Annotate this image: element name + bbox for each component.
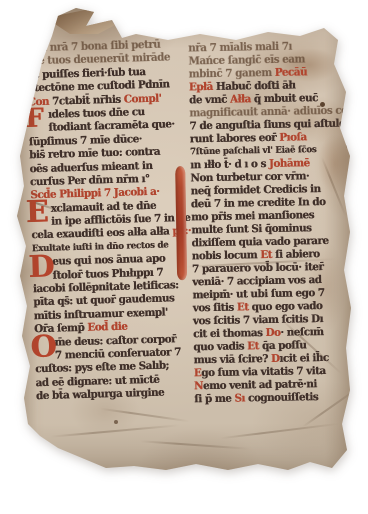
crease-line (140, 440, 250, 449)
text-column-right: nr̄a 7 mīalis mali 7ıMańce ſangic̄ eīs e… (188, 39, 354, 406)
body-text: ſi p̄ me (194, 392, 234, 405)
decorated-initial-I: I (175, 166, 187, 280)
manuscript-photo: a nrā 7 bona ſibi petrūnte tuos deuenerū… (0, 0, 368, 514)
manuscript-text-line: de bt̄a walpurga uirgine (36, 386, 188, 404)
manuscript-leaf: a nrā 7 bona ſibi petrūnte tuos deuenerū… (10, 6, 356, 480)
rubric-text: Ałła (230, 93, 251, 106)
decorated-initial-E: E (25, 197, 49, 228)
body-text: · neſcım̄ (280, 326, 323, 339)
decorated-initial-D: D (28, 252, 55, 283)
rubric-text: Johāmē (269, 157, 310, 170)
rubric-text: Pecāū (275, 66, 307, 79)
rubric-text: Epłā (189, 81, 213, 94)
rubric-text: Et (237, 301, 249, 314)
body-text: 7ctabit̄ nr̄his (52, 93, 124, 107)
parchment-fold-top-left (52, 8, 118, 38)
body-text: q̄ mbuit euc̄ (251, 92, 318, 106)
ink-spot (346, 142, 354, 149)
rubric-text: Do (265, 326, 280, 339)
body-text: de vmc̄ (189, 93, 230, 106)
body-text: mbinc̄ 7 ganem (188, 66, 274, 80)
decorated-initial-F: F (25, 106, 44, 133)
rubric-text: Pıoſa (279, 131, 307, 144)
body-text: nobis locum (192, 249, 261, 263)
body-text: ın ıłło t̄· d ı o s (190, 158, 269, 172)
rubric-text: N (194, 380, 203, 393)
body-text: ſi abiero (272, 248, 320, 261)
rubric-text: Et (247, 340, 259, 353)
body-text: quo ego vado (248, 300, 322, 314)
decorated-initial-O: O (30, 332, 57, 363)
body-text: quo vadis (193, 340, 247, 353)
body-text: vos ſitis (193, 301, 237, 314)
leaf-wrapper: a nrā 7 bona ſibi petrūnte tuos deuenerū… (0, 0, 368, 514)
rubric-text: Sı (234, 392, 245, 405)
body-text: cognouiſſetis (245, 391, 318, 405)
rubric-text: Compl' (124, 92, 162, 106)
body-text: Habuc̄ doſti āłı (213, 79, 296, 93)
rubric-text: Eod̄ die (87, 320, 127, 334)
ink-spot (114, 420, 118, 424)
body-text: q̄a poſſu (259, 339, 307, 352)
crease-line (220, 423, 339, 439)
body-text: 7ſtūne paſchali vl' Eiaē ſc̄os (190, 145, 317, 158)
body-text: runt labores eor̄ (190, 131, 280, 145)
body-text: de bt̄a walpurga uirgine (36, 386, 164, 402)
body-text: cit ei thomas (193, 327, 266, 341)
body-text: ıcit ei ih̄c (279, 352, 328, 365)
manuscript-text-line: ſi p̄ me Sı cognouiſſetis (194, 390, 354, 406)
body-text: nr̄a 7 mīalis mali 7ı (188, 40, 292, 54)
rubric-text: D (271, 352, 280, 365)
rubric-text: Et (260, 249, 272, 262)
text-column-left: a nrā 7 bona ſibi petrūnte tuos deuenerū… (26, 38, 188, 404)
body-text: mus viā ſcire? (193, 353, 271, 367)
